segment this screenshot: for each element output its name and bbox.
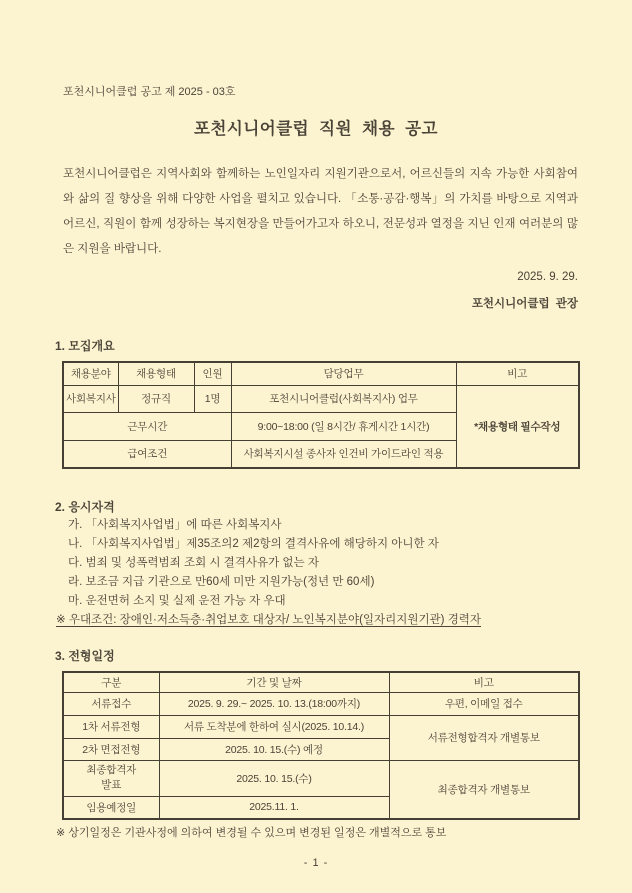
- table-header-cell: 인원: [194, 362, 231, 385]
- intro-paragraph: 포천시니어클럽은 지역사회와 함께하는 노인일자리 지원기관으로서, 어르신들의…: [63, 162, 578, 262]
- qualification-item: 라. 보조금 지급 기관으로 만60세 미만 지원가능(정년 만 60세): [68, 573, 439, 592]
- salary-value: 사회복지시설 종사자 인건비 가이드라인 적용: [231, 440, 456, 468]
- announcement-date: 2025. 9. 29.: [517, 271, 578, 283]
- table-header-cell: 구분: [63, 672, 159, 692]
- remark-cell: *채용형태 필수작성: [456, 385, 579, 468]
- doc-number: 포천시니어클럽 공고 제 2025 - 03호: [63, 83, 236, 99]
- duty-cell: 포천시니어클럽(사회복지사) 업무: [231, 385, 456, 412]
- schedule-row-label: 2차 면접전형: [63, 738, 159, 760]
- schedule-row-note: 서류전형합격자 개별통보: [389, 715, 579, 760]
- qualification-item: 마. 운전면허 소지 및 실제 운전 가능 자 우대: [68, 592, 439, 611]
- table-header-cell: 채용형태: [118, 362, 194, 385]
- headcount-cell: 1명: [194, 385, 231, 412]
- qualification-list: 가. 「사회복지사업법」에 따른 사회복지사 나. 「사회복지사업법」제35조의…: [68, 516, 439, 611]
- schedule-row-value: 2025. 10. 15.(수) 예정: [159, 738, 389, 760]
- schedule-row-value: 서류 도착분에 한하여 실시(2025. 10.14.): [159, 715, 389, 738]
- signer-name: 포천시니어클럽 관장: [472, 295, 578, 311]
- table-header-cell: 비고: [389, 672, 579, 692]
- qualification-item: 다. 범죄 및 성폭력범죄 조회 시 결격사유가 없는 자: [68, 554, 439, 573]
- salary-label: 급여조건: [63, 440, 231, 468]
- section-3-heading: 3. 전형일정: [55, 647, 115, 664]
- field-cell: 사회복지사: [63, 385, 118, 412]
- schedule-change-note: ※ 상기일정은 기관사정에 의하여 변경될 수 있으며 변경된 일정은 개별적으…: [56, 824, 446, 840]
- schedule-row-value: 2025. 10. 15.(수): [159, 760, 389, 796]
- schedule-row-label: 최종합격자 발표: [63, 760, 159, 796]
- document-page: 포천시니어클럽 공고 제 2025 - 03호 포천시니어클럽 직원 채용 공고…: [0, 0, 632, 893]
- schedule-row-value: 2025. 9. 29.~ 2025. 10. 13.(18:00까지): [159, 692, 389, 715]
- schedule-table: 구분 기간 및 날짜 비고 서류접수 2025. 9. 29.~ 2025. 1…: [62, 671, 580, 820]
- employment-type-cell: 정규직: [118, 385, 194, 412]
- qualification-item: 나. 「사회복지사업법」제35조의2 제2항의 결격사유에 해당하지 아니한 자: [68, 535, 439, 554]
- work-hours-value: 9:00~18:00 (일 8시간/ 휴게시간 1시간): [231, 412, 456, 440]
- table-header-cell: 비고: [456, 362, 579, 385]
- page-title: 포천시니어클럽 직원 채용 공고: [0, 115, 632, 139]
- schedule-row-label: 1차 서류전형: [63, 715, 159, 738]
- qualification-item: 가. 「사회복지사업법」에 따른 사회복지사: [68, 516, 439, 535]
- section-2-heading: 2. 응시자격: [55, 498, 115, 515]
- table-header-cell: 기간 및 날짜: [159, 672, 389, 692]
- work-hours-label: 근무시간: [63, 412, 231, 440]
- page-number: - 1 -: [0, 857, 632, 869]
- preferred-conditions-text: ※ 우대조건: 장애인·저소득층·취업보호 대상자/ 노인복지분야(일자리지원기…: [56, 614, 481, 626]
- schedule-row-value: 2025.11. 1.: [159, 796, 389, 819]
- schedule-row-label: 임용예정일: [63, 796, 159, 819]
- table-header-cell: 채용분야: [63, 362, 118, 385]
- schedule-row-label: 서류접수: [63, 692, 159, 715]
- schedule-row-note: 최종합격자 개별통보: [389, 760, 579, 819]
- section-1-heading: 1. 모집개요: [55, 337, 115, 354]
- preferred-conditions-note: ※ 우대조건: 장애인·저소득층·취업보호 대상자/ 노인복지분야(일자리지원기…: [56, 611, 481, 627]
- schedule-row-note: 우편, 이메일 접수: [389, 692, 579, 715]
- recruitment-overview-table: 채용분야 채용형태 인원 담당업무 비고 사회복지사 정규직 1명 포천시니어클…: [62, 361, 580, 469]
- table-header-cell: 담당업무: [231, 362, 456, 385]
